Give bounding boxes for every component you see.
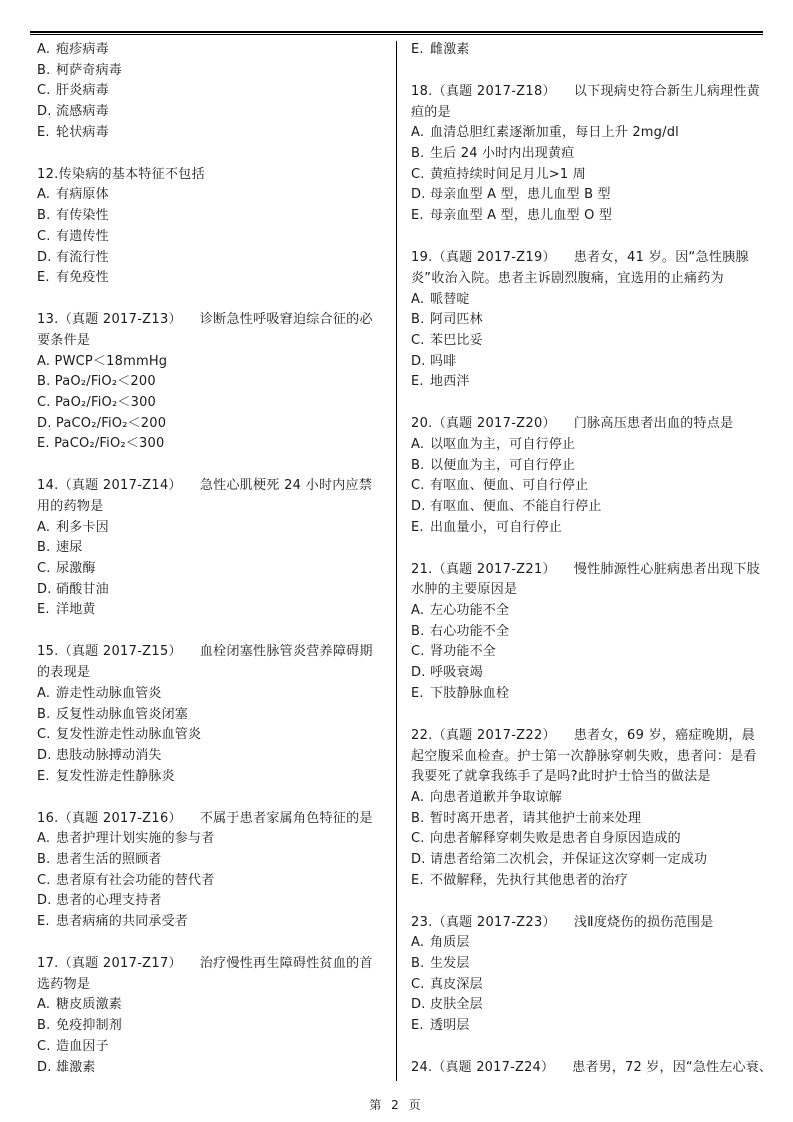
option-d: D.母亲血型 A 型，患儿血型 B 型 bbox=[411, 185, 763, 206]
option-a: A.有病原体 bbox=[37, 185, 385, 206]
option-c: C.尿激酶 bbox=[37, 559, 385, 580]
question-11-tail: A.疱疹病毒 B.柯萨奇病毒 C.肝炎病毒 D.流感病毒 E.轮状病毒 bbox=[37, 40, 385, 143]
option-e: E. PaCO₂/FiO₂＜300 bbox=[37, 434, 385, 455]
option-c: C.有呕血、便血、可自行停止 bbox=[411, 476, 763, 497]
question-12: 12.传染病的基本特征不包括 A.有病原体 B.有传染性 C.有遗传性 D.有流… bbox=[37, 165, 385, 289]
option-c: C.有遗传性 bbox=[37, 227, 385, 248]
option-e: E.雌激素 bbox=[411, 40, 763, 61]
question-stem: 15.（真题 2017-Z15）血栓闭塞性脉管炎营养障碍期的表现是 bbox=[37, 642, 385, 683]
option-b: B.以便血为主，可自行停止 bbox=[411, 456, 763, 477]
option-d: D.有流行性 bbox=[37, 248, 385, 269]
option-d: D.患者的心理支持者 bbox=[37, 891, 385, 912]
question-stem: 12.传染病的基本特征不包括 bbox=[37, 165, 385, 186]
question-14: 14.（真题 2017-Z14）急性心肌梗死 24 小时内应禁用的药物是 A.利… bbox=[37, 476, 385, 621]
question-20: 20.（真题 2017-Z20）门脉高压患者出血的特点是 A.以呕血为主，可自行… bbox=[411, 414, 763, 538]
option-b: B.柯萨奇病毒 bbox=[37, 61, 385, 82]
option-e: E.出血量小，可自行停止 bbox=[411, 518, 763, 539]
option-a: A.向患者道歉并争取谅解 bbox=[411, 788, 763, 809]
right-column: E.雌激素 18.（真题 2017-Z18）以下现病史符合新生儿病理性黄疸的是 … bbox=[411, 40, 763, 1079]
question-stem: 21.（真题 2017-Z21）慢性肺源性心脏病患者出现下肢水肿的主要原因是 bbox=[411, 560, 763, 601]
option-a: A.患者护理计划实施的参与者 bbox=[37, 829, 385, 850]
option-c: C.患者原有社会功能的替代者 bbox=[37, 871, 385, 892]
question-17: 17.（真题 2017-Z17）治疗慢性再生障碍性贫血的首选药物是 A.糖皮质激… bbox=[37, 954, 385, 1078]
option-d: D.皮肤全层 bbox=[411, 995, 763, 1016]
option-c: C.肾功能不全 bbox=[411, 642, 763, 663]
question-18: 18.（真题 2017-Z18）以下现病史符合新生儿病理性黄疸的是 A.血清总胆… bbox=[411, 82, 763, 227]
question-16: 16.（真题 2017-Z16）不属于患者家属角色特征的是 A.患者护理计划实施… bbox=[37, 809, 385, 933]
question-stem: 17.（真题 2017-Z17）治疗慢性再生障碍性贫血的首选药物是 bbox=[37, 954, 385, 995]
option-a: A.疱疹病毒 bbox=[37, 40, 385, 61]
header-double-rule bbox=[30, 31, 763, 35]
option-b: B.患者生活的照顾者 bbox=[37, 850, 385, 871]
option-c: C.真皮深层 bbox=[411, 975, 763, 996]
option-b: B.阿司匹林 bbox=[411, 310, 763, 331]
question-stem: 22.（真题 2017-Z22）患者女，69 岁，癌症晚期，晨起空腹采血检查。护… bbox=[411, 726, 763, 788]
option-a: A.角质层 bbox=[411, 933, 763, 954]
question-stem: 18.（真题 2017-Z18）以下现病史符合新生儿病理性黄疸的是 bbox=[411, 82, 763, 123]
option-b: B.速尿 bbox=[37, 538, 385, 559]
option-e: E.下肢静脉血栓 bbox=[411, 684, 763, 705]
option-e: E.母亲血型 A 型，患儿血型 O 型 bbox=[411, 206, 763, 227]
question-stem: 20.（真题 2017-Z20）门脉高压患者出血的特点是 bbox=[411, 414, 763, 435]
option-d: D. PaCO₂/FiO₂＜200 bbox=[37, 414, 385, 435]
page-number: 第 2 页 bbox=[0, 1096, 793, 1113]
option-b: B.免疫抑制剂 bbox=[37, 1016, 385, 1037]
option-c: C. PaO₂/FiO₂＜300 bbox=[37, 393, 385, 414]
option-d: D.患肢动脉搏动消失 bbox=[37, 746, 385, 767]
question-stem: 24.（真题 2017-Z24）患者男，72 岁，因“急性左心衰、 bbox=[411, 1058, 763, 1079]
option-e: E.不做解释，先执行其他患者的治疗 bbox=[411, 871, 763, 892]
option-e: E.患者病痛的共同承受者 bbox=[37, 912, 385, 933]
option-d: D.呼吸衰竭 bbox=[411, 663, 763, 684]
option-a: A.哌替啶 bbox=[411, 290, 763, 311]
option-c: C.向患者解释穿刺失败是患者自身原因造成的 bbox=[411, 829, 763, 850]
question-stem: 16.（真题 2017-Z16）不属于患者家属角色特征的是 bbox=[37, 809, 385, 830]
option-b: B.暂时离开患者，请其他护士前来处理 bbox=[411, 809, 763, 830]
option-c: C.苯巴比妥 bbox=[411, 331, 763, 352]
option-e: E.复发性游走性静脉炎 bbox=[37, 767, 385, 788]
option-a: A.血清总胆红素逐渐加重，每日上升 2mg/dl bbox=[411, 123, 763, 144]
question-17-tail: E.雌激素 bbox=[411, 40, 763, 61]
option-c: C.造血因子 bbox=[37, 1037, 385, 1058]
question-13: 13.（真题 2017-Z13）诊断急性呼吸窘迫综合征的必要条件是 A. PWC… bbox=[37, 310, 385, 455]
option-b: B.反复性动脉血管炎闭塞 bbox=[37, 705, 385, 726]
question-stem: 23.（真题 2017-Z23）浅Ⅱ度烧伤的损伤范围是 bbox=[411, 913, 763, 934]
question-stem: 14.（真题 2017-Z14）急性心肌梗死 24 小时内应禁用的药物是 bbox=[37, 476, 385, 517]
option-c: C.复发性游走性动脉血管炎 bbox=[37, 725, 385, 746]
option-e: E.洋地黄 bbox=[37, 600, 385, 621]
question-19: 19.（真题 2017-Z19）患者女，41 岁。因“急性胰腺炎”收治入院。患者… bbox=[411, 248, 763, 393]
question-21: 21.（真题 2017-Z21）慢性肺源性心脏病患者出现下肢水肿的主要原因是 A… bbox=[411, 560, 763, 705]
option-b: B.生后 24 小时内出现黄疸 bbox=[411, 144, 763, 165]
option-b: B. PaO₂/FiO₂＜200 bbox=[37, 372, 385, 393]
question-15: 15.（真题 2017-Z15）血栓闭塞性脉管炎营养障碍期的表现是 A.游走性动… bbox=[37, 642, 385, 787]
option-a: A.左心功能不全 bbox=[411, 601, 763, 622]
option-a: A.游走性动脉血管炎 bbox=[37, 684, 385, 705]
option-e: E.轮状病毒 bbox=[37, 123, 385, 144]
option-d: D.硝酸甘油 bbox=[37, 580, 385, 601]
option-b: B.有传染性 bbox=[37, 206, 385, 227]
option-e: E.有免疫性 bbox=[37, 268, 385, 289]
option-d: D.有呕血、便血、不能自行停止 bbox=[411, 497, 763, 518]
column-divider bbox=[396, 41, 397, 1081]
option-c: C.黄疸持续时间足月儿>1 周 bbox=[411, 165, 763, 186]
option-d: D.流感病毒 bbox=[37, 102, 385, 123]
option-d: D.请患者给第二次机会，并保证这次穿刺一定成功 bbox=[411, 850, 763, 871]
option-b: B.生发层 bbox=[411, 954, 763, 975]
option-d: D.吗啡 bbox=[411, 352, 763, 373]
option-e: E.透明层 bbox=[411, 1016, 763, 1037]
option-e: E.地西泮 bbox=[411, 372, 763, 393]
option-d: D.雄激素 bbox=[37, 1058, 385, 1079]
option-a: A. PWCP＜18mmHg bbox=[37, 352, 385, 373]
option-c: C.肝炎病毒 bbox=[37, 81, 385, 102]
question-stem: 19.（真题 2017-Z19）患者女，41 岁。因“急性胰腺炎”收治入院。患者… bbox=[411, 248, 763, 289]
question-22: 22.（真题 2017-Z22）患者女，69 岁，癌症晚期，晨起空腹采血检查。护… bbox=[411, 726, 763, 892]
option-a: A.利多卡因 bbox=[37, 518, 385, 539]
option-a: A.以呕血为主，可自行停止 bbox=[411, 435, 763, 456]
option-b: B.右心功能不全 bbox=[411, 622, 763, 643]
question-23: 23.（真题 2017-Z23）浅Ⅱ度烧伤的损伤范围是 A.角质层 B.生发层 … bbox=[411, 913, 763, 1037]
question-24: 24.（真题 2017-Z24）患者男，72 岁，因“急性左心衰、 bbox=[411, 1058, 763, 1079]
question-stem: 13.（真题 2017-Z13）诊断急性呼吸窘迫综合征的必要条件是 bbox=[37, 310, 385, 351]
left-column: A.疱疹病毒 B.柯萨奇病毒 C.肝炎病毒 D.流感病毒 E.轮状病毒 12.传… bbox=[37, 40, 385, 1078]
option-a: A.糖皮质激素 bbox=[37, 995, 385, 1016]
